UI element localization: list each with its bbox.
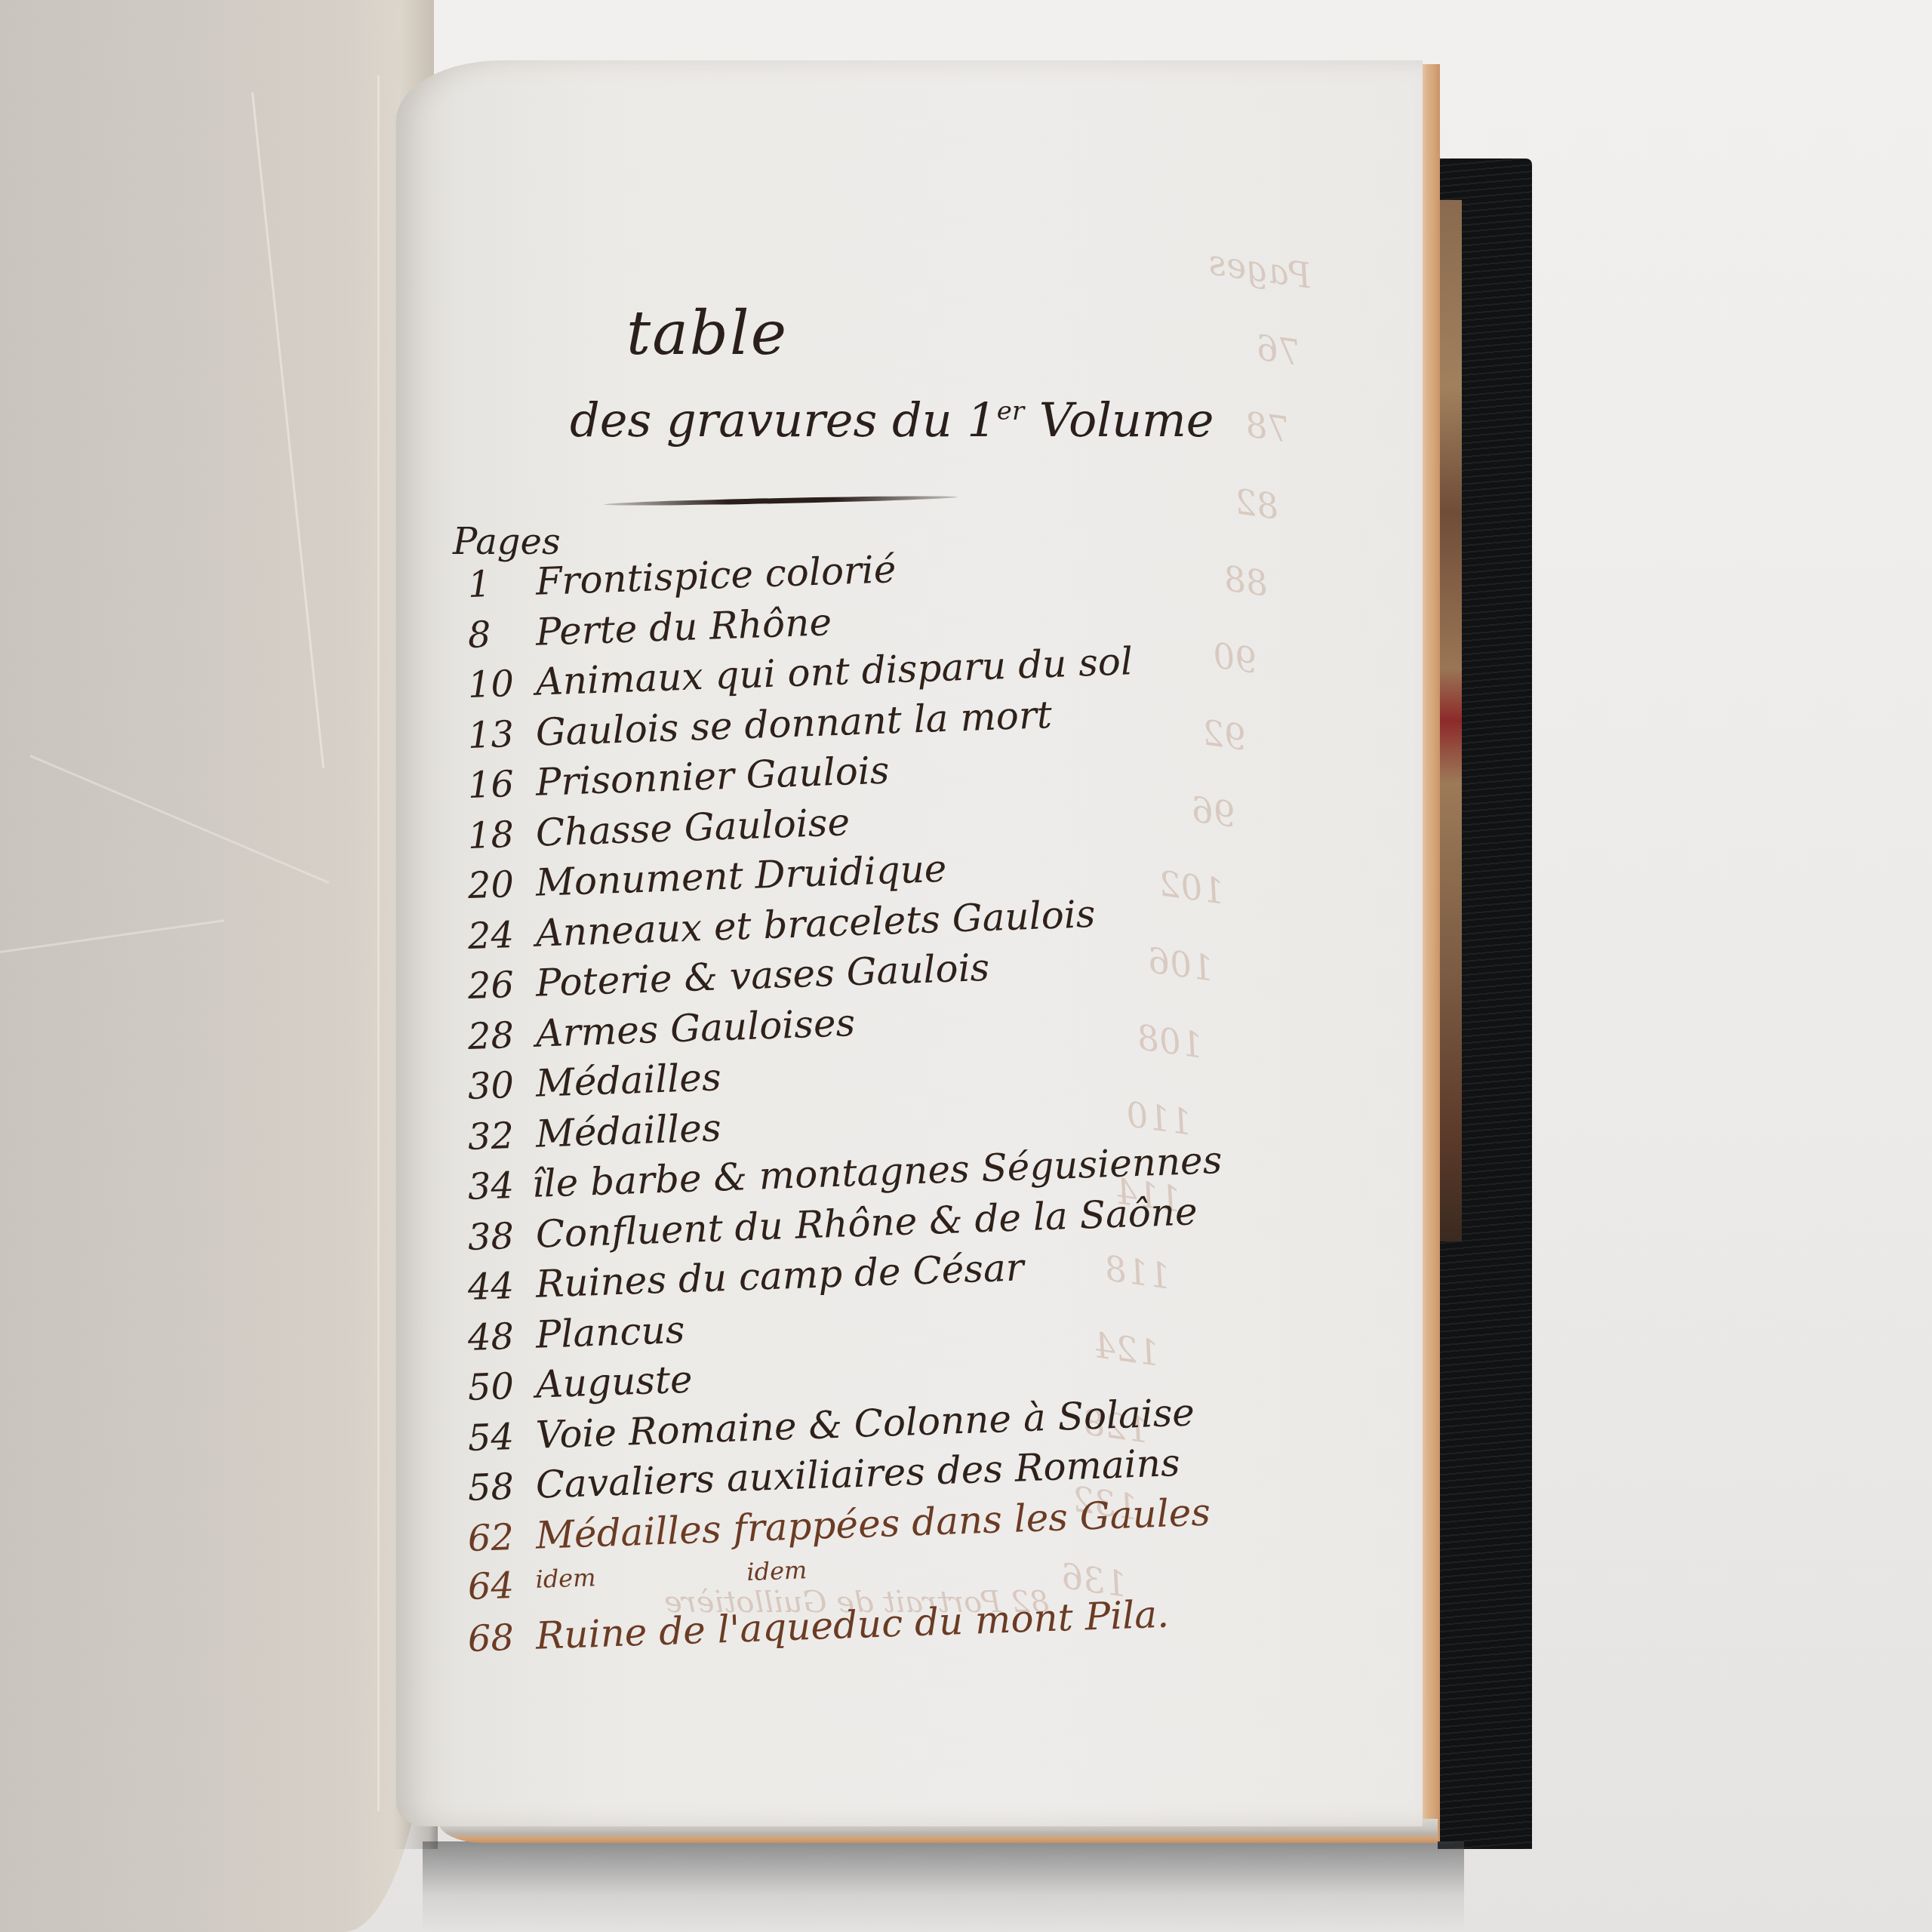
entry-page-number: 54 (467, 1414, 537, 1459)
subtitle-volume: Volume (1024, 392, 1214, 448)
entry-page-number: 64 (467, 1564, 537, 1608)
entry-page-number: 1 (467, 561, 537, 606)
entry-title: Médailles (535, 1055, 722, 1106)
entry-page-number: 44 (467, 1264, 537, 1309)
entry-page-number: 34 (467, 1164, 533, 1208)
entry-page-number: 13 (467, 712, 537, 756)
entry-page-number: 24 (467, 912, 537, 957)
entry-page-number: 32 (467, 1113, 537, 1158)
entry-page-number: 16 (467, 762, 537, 807)
entry-page-number: 48 (467, 1314, 537, 1358)
paper-crease (0, 919, 224, 953)
entry-page-number: 30 (467, 1063, 537, 1108)
entry-page-number: 26 (467, 963, 537, 1008)
entry-page-number: 18 (467, 812, 537, 857)
subtitle-ordinal: er (997, 396, 1024, 426)
entry-page-number: 8 (467, 611, 537, 656)
entry-page-number: 62 (467, 1515, 537, 1559)
subtitle-text: des gravures du 1 (570, 392, 997, 448)
paper-crease (29, 755, 329, 884)
entry-page-number: 28 (467, 1013, 537, 1057)
entry-page-number: 38 (467, 1214, 537, 1258)
entry-ditto-mark: idem (746, 1555, 808, 1586)
paper-fold (251, 92, 325, 768)
entry-page-number: 50 (467, 1364, 537, 1409)
entry-page-number: 68 (467, 1615, 537, 1660)
engravings-list: 1Frontispice colorié 8Perte du Rhône 10A… (468, 562, 1223, 1666)
entry-title: Médailles (535, 1106, 722, 1156)
page-title: table (626, 298, 788, 368)
left-page-blank (0, 0, 434, 1932)
paper-fold (377, 75, 380, 1811)
entry-title: Plancus (535, 1307, 685, 1356)
entry-ditto-mark: idem (535, 1563, 596, 1594)
page-subtitle: des gravures du 1er Volume (570, 392, 1214, 448)
column-header-pages: Pages (453, 521, 561, 563)
entry-page-number: 10 (467, 662, 537, 706)
marbled-endpaper-edge (1438, 200, 1462, 1241)
entry-page-number: 58 (467, 1465, 537, 1509)
entry-title: Auguste (535, 1358, 694, 1407)
book-shadow (423, 1841, 1464, 1932)
entry-page-number: 20 (467, 863, 537, 907)
